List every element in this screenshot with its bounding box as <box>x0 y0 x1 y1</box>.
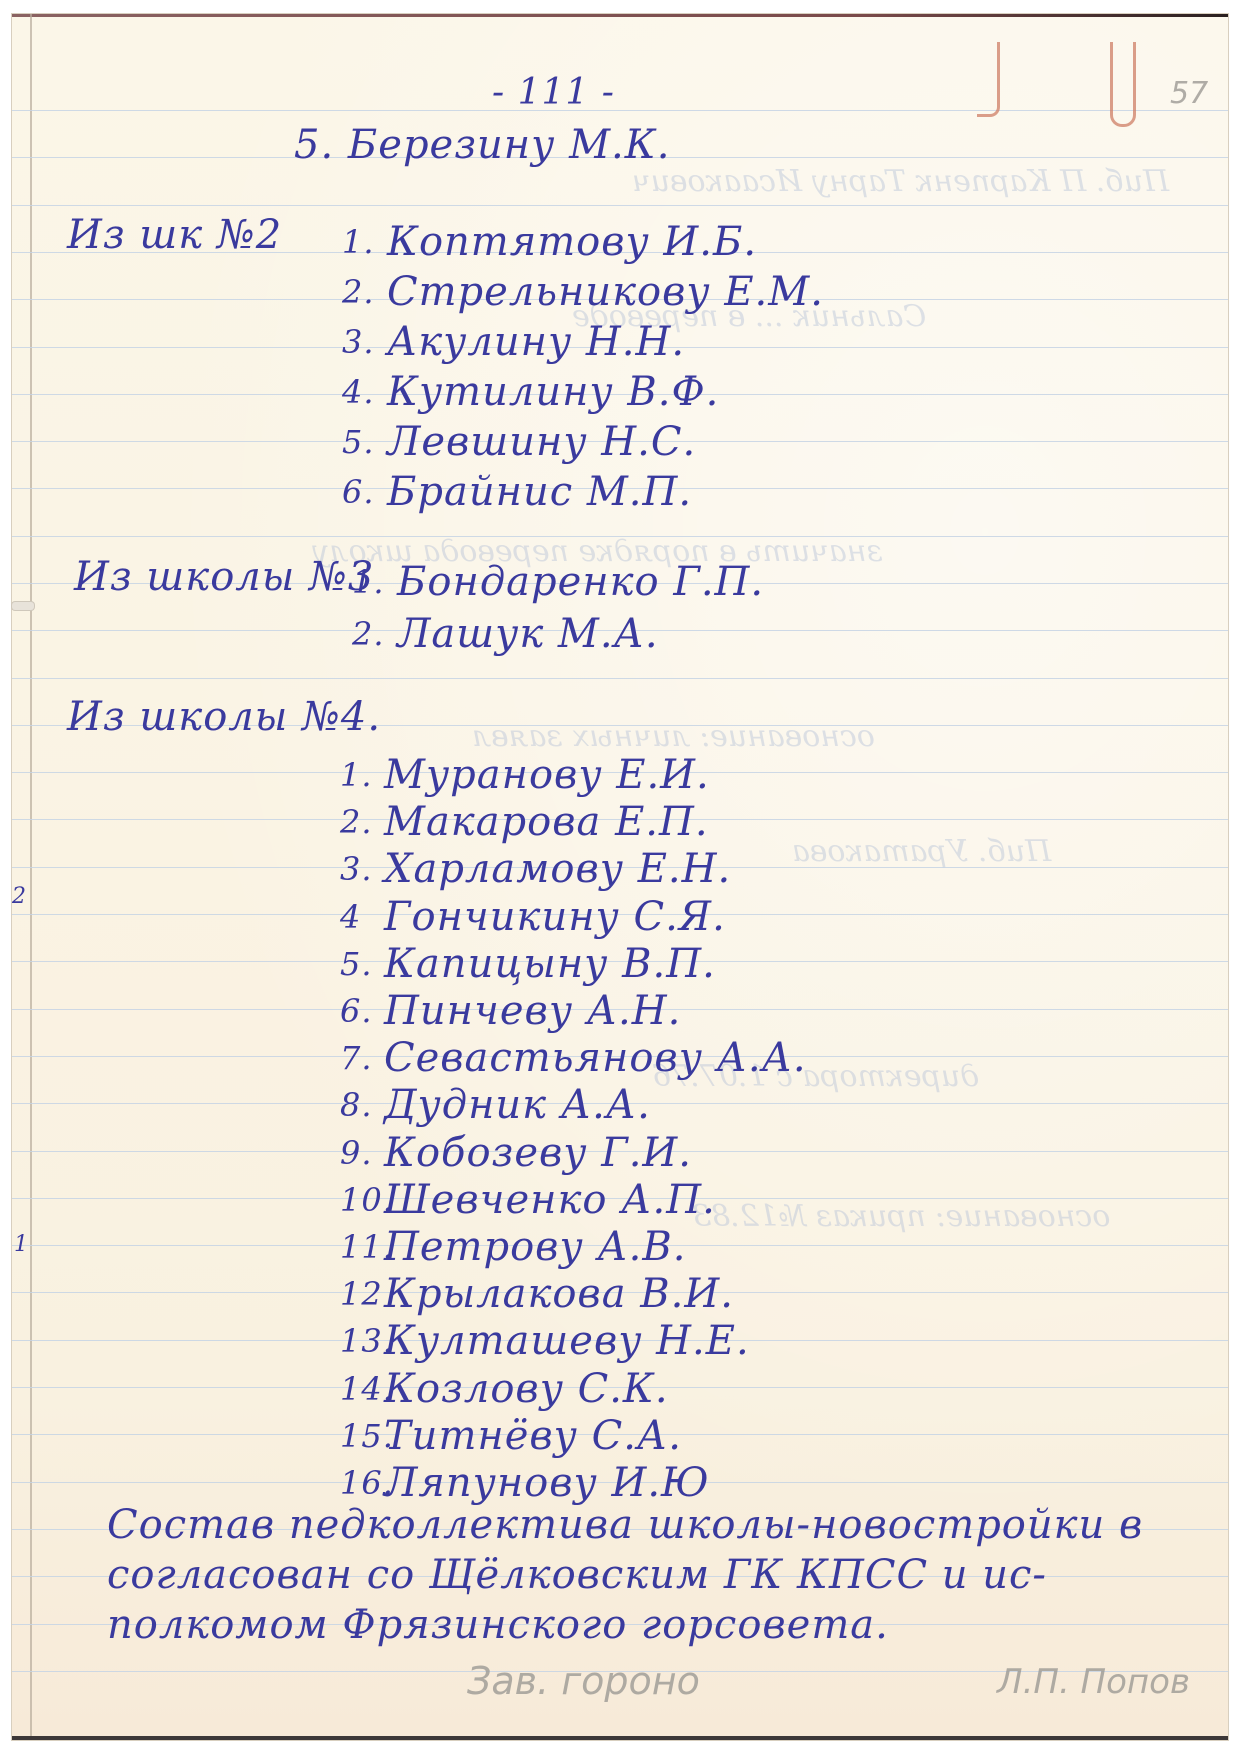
person-name: Коптятову И.Б. <box>387 219 757 265</box>
item-number: 4. <box>342 373 375 411</box>
signature-title: Зав. гороно <box>467 1659 700 1703</box>
item-number: 1. <box>352 563 385 601</box>
binding-thread <box>12 602 34 610</box>
person-name: Харламову Е.Н. <box>384 846 731 892</box>
closing-line-1: Состав педколлектива школы-новостройки в <box>107 1502 1143 1548</box>
red-pencil-mark-right <box>1110 42 1136 127</box>
signature-name: Л.П. Попов <box>997 1662 1190 1702</box>
item-number: 1. <box>340 756 373 794</box>
item-number: 5. <box>342 423 375 461</box>
person-name: Кутилину В.Ф. <box>387 369 719 415</box>
item-number: 12 <box>340 1275 383 1313</box>
person-name: Стрельникову Е.М. <box>387 269 824 315</box>
bleed-through-text: основание: личных заявл <box>472 719 875 754</box>
person-name: Левшину Н.С. <box>387 419 696 465</box>
opening-item: 5. Березину М.К. <box>294 122 670 168</box>
person-name: Пинчеву А.Н. <box>384 988 681 1034</box>
ruling-line <box>12 678 1228 679</box>
ruling-line <box>12 110 1228 111</box>
item-number: 2. <box>342 273 375 311</box>
item-number: 6. <box>340 992 373 1030</box>
ruling-line <box>12 205 1228 206</box>
margin-mark: 1 <box>14 1232 28 1257</box>
red-pencil-mark-left <box>977 42 1000 117</box>
person-name: Капицыну В.П. <box>384 941 716 987</box>
page-number: - 111 - <box>492 72 615 113</box>
item-number: 4 <box>340 898 361 936</box>
person-name: Кобозеву Г.И. <box>384 1130 692 1176</box>
margin-mark: 2 <box>12 884 26 909</box>
item-number: 3. <box>342 323 375 361</box>
person-name: Гончикину С.Я. <box>384 894 726 940</box>
bleed-through-text: Пиб. Уратакова <box>792 834 1051 869</box>
bleed-through-text: основание: приказ №12.83 <box>692 1199 1110 1234</box>
bleed-through-text: Пиб. П Карпенк Тарну Исаакович <box>632 164 1169 199</box>
person-name: Макарова Е.П. <box>384 799 709 845</box>
item-number: 5. <box>340 945 373 983</box>
item-number: 6. <box>342 473 375 511</box>
item-number: 7. <box>340 1039 373 1077</box>
item-number: 3. <box>340 850 373 888</box>
person-name: Севастьянову А.А. <box>384 1035 807 1081</box>
item-number: 8. <box>340 1086 373 1124</box>
item-number: 1. <box>342 223 375 261</box>
person-name: Акулину Н.Н. <box>387 319 685 365</box>
page-bottom-edge <box>12 1736 1228 1740</box>
person-name: Шевченко А.П. <box>384 1177 716 1223</box>
person-name: Петрову А.В. <box>384 1224 687 1270</box>
item-number: 9. <box>340 1134 373 1172</box>
person-name: Лашук М.А. <box>397 611 659 657</box>
person-name: Крылакова В.И. <box>384 1271 734 1317</box>
item-number: 2. <box>340 803 373 841</box>
person-name: Муранову Е.И. <box>384 752 710 798</box>
page-top-edge <box>12 14 1228 17</box>
person-name: Култашеву Н.Е. <box>384 1318 750 1364</box>
group-label: Из школы №3 <box>74 554 374 600</box>
closing-line-3: полкомом Фрязинского горсовета. <box>107 1602 889 1648</box>
person-name: Бондаренко Г.П. <box>397 559 764 605</box>
person-name: Ляпунову И.Ю <box>384 1460 710 1506</box>
closing-line-2: согласован со Щёлковским ГК КПСС и ис- <box>107 1552 1047 1598</box>
archive-folio-number: 57 <box>1170 76 1208 111</box>
person-name: Дудник А.А. <box>384 1082 651 1128</box>
item-number: 2. <box>352 615 385 653</box>
group-label: Из школы №4. <box>67 694 381 740</box>
notebook-page: 57 Пиб. П Карпенк Тарну Исаакович Сальни… <box>12 14 1228 1740</box>
person-name: Титнёву С.А. <box>384 1413 682 1459</box>
group-label: Из шк №2 <box>67 212 282 258</box>
person-name: Брайнис М.П. <box>387 469 692 515</box>
person-name: Козлову С.К. <box>384 1366 669 1412</box>
